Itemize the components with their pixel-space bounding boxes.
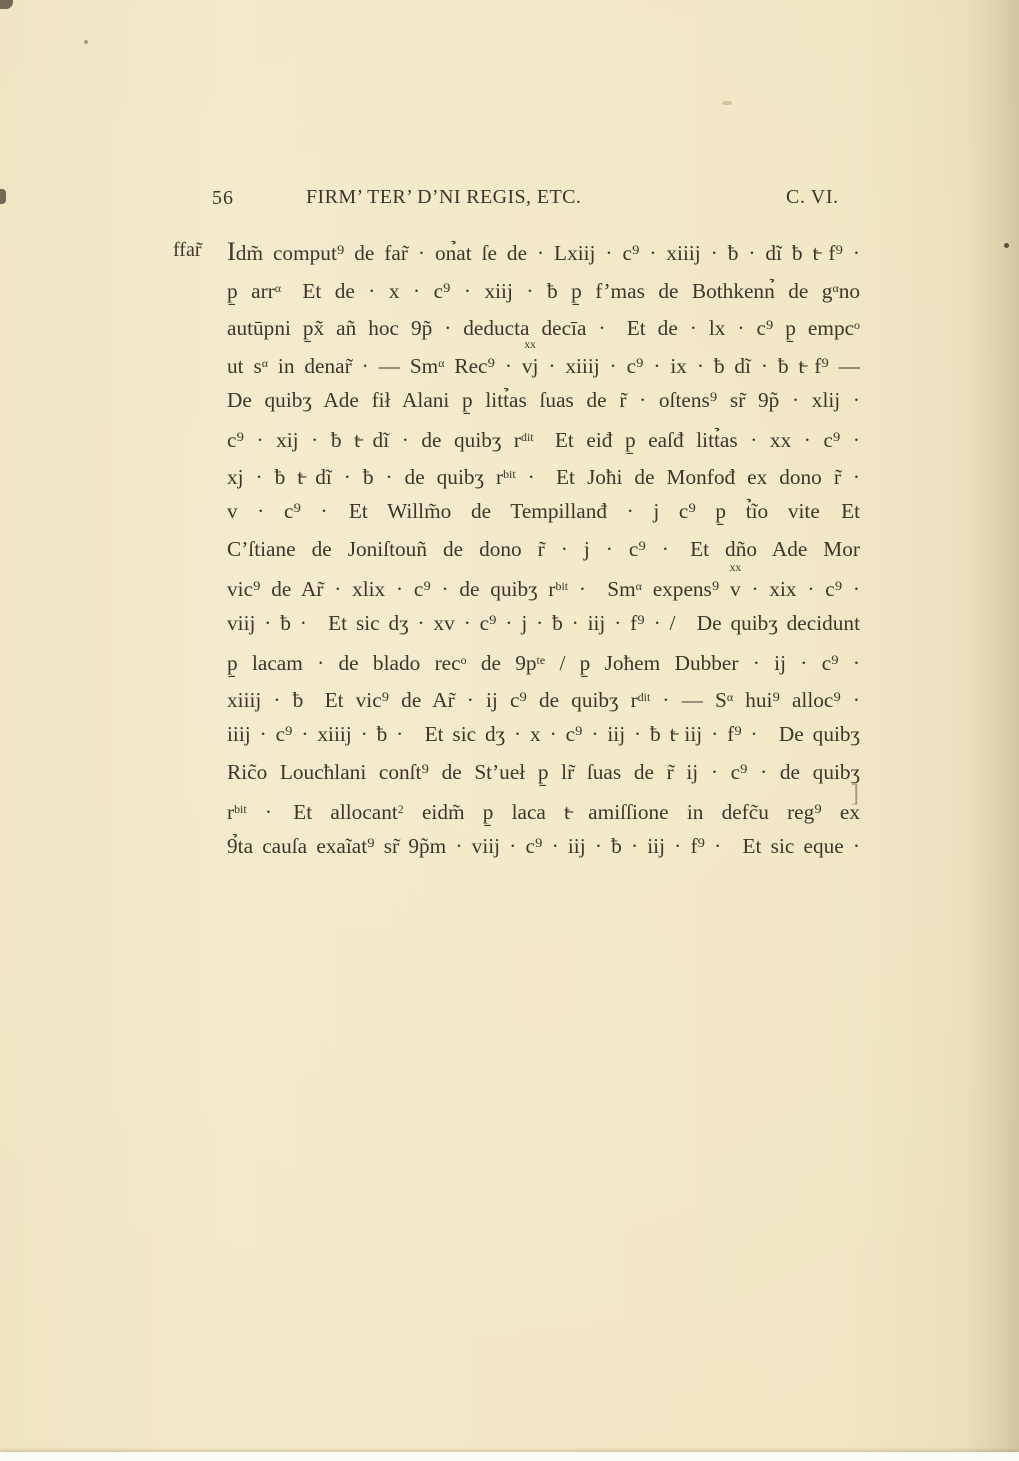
body-text: Idm̃ comput⁹ de far̃ · on̉at ſe de · Lxi… — [227, 233, 860, 865]
text-line: vic⁹ de Ar̃ · xlix · c⁹ · de quibʒ rbit … — [227, 568, 860, 605]
text-segment: in denar̃ · — Sm — [268, 354, 438, 378]
paper-speck — [722, 101, 732, 105]
text-segment: p̱ arr — [227, 279, 275, 303]
text-segment: · Et allocant — [247, 800, 398, 824]
scan-bottom-edge — [0, 1452, 1019, 1461]
text-line: C’ſtiane de Joniſtouñ de dono r̃ · j · c… — [227, 531, 860, 568]
text-segment: no — [839, 279, 860, 303]
abbreviation-superscript: bit — [234, 802, 247, 816]
page-number: 56 — [212, 187, 234, 210]
paper-speck — [84, 40, 88, 44]
text-segment: eidm̃ p̱ laca t̵ amiſſione in defc̃u reg… — [404, 800, 860, 824]
text-segment: Rec⁹ · — [444, 354, 521, 378]
text-line: 9̉ta cauſa exaĩat⁹ sr̃ 9p̃m · viij · c⁹ … — [227, 828, 860, 865]
abbreviation-superscript: o — [854, 318, 860, 332]
text-segment: · Sm — [568, 577, 636, 601]
text-line: v · c⁹ · Et Willm̃o de Tempillanđ · j c⁹… — [227, 493, 860, 530]
text-segment: autūpni p̱x̃ añ hoc 9p̃ · deducta decīa … — [227, 317, 854, 341]
text-segment: iiij · c⁹ · xiiij · ƀ · Et sic dʒ · x · … — [227, 722, 860, 746]
text-segment: expens⁹ — [642, 577, 730, 601]
text-segment: Et eiđ p̱ eaſđ litt̉as · xx · c⁹ · — [534, 428, 860, 452]
text-line: xiiij · ƀ Et vic⁹ de Ar̃ · ij c⁹ de quib… — [227, 679, 860, 716]
text-line: p̱ lacam · de blado reco de 9pte / p̱ Jo… — [227, 642, 860, 679]
text-line: rbit · Et allocant2 eidm̃ p̱ laca t̵ ami… — [227, 791, 860, 828]
text-line: p̱ arrα Et de · x · c⁹ · xiij · ƀ p̱ f’m… — [227, 270, 860, 307]
stray-bracket-mark: ] — [851, 781, 859, 808]
text-segment: hui⁹ alloc⁹ · — [733, 688, 860, 712]
text-segment: p̱ lacam · de blado rec — [227, 651, 461, 675]
abbreviation-superscript: bit — [555, 579, 568, 593]
abbreviation-superscript: te — [537, 653, 546, 667]
page-right-edge-shading — [965, 0, 1019, 1461]
text-line: iiij · c⁹ · xiiij · ƀ · Et sic dʒ · x · … — [227, 716, 860, 753]
paper-speck — [1004, 243, 1009, 248]
numeral-with-xx-above: xxv — [730, 571, 741, 608]
chapter-number: C. VI. — [786, 186, 839, 209]
text-segment: / p̱ Joħem Dubber · ij · c⁹ · — [545, 651, 860, 675]
text-segment: viij · ƀ · Et sic dʒ · xv · c⁹ · j · ƀ ·… — [227, 611, 860, 635]
text-segment: · xix · c⁹ · — [741, 577, 860, 601]
text-line: viij · ƀ · Et sic dʒ · xv · c⁹ · j · ƀ ·… — [227, 605, 860, 642]
text-segment: xiiij · ƀ Et vic⁹ de Ar̃ · ij c⁹ de quib… — [227, 688, 638, 712]
text-segment: de 9p — [467, 651, 537, 675]
abbreviation-superscript: I — [227, 236, 236, 266]
scanned-book-page: 56 FIRM’ TER’ D’NI REGIS, ETC. C. VI. ff… — [0, 0, 1019, 1461]
text-segment: · Et Joħi de Monfođ ex dono r̃ · — [516, 465, 860, 489]
scan-left-edge-artifact — [0, 189, 6, 204]
text-line: Idm̃ comput⁹ de far̃ · on̉at ſe de · Lxi… — [227, 233, 860, 270]
text-segment: De quibʒ Ade fił Alani p̱ litt̉as ſuas d… — [227, 388, 860, 412]
text-line: ut sα in denar̃ · — Smα Rec⁹ · xxvj · xi… — [227, 345, 860, 382]
text-segment: · — S — [650, 688, 727, 712]
text-segment: Ric̃o Loucħlani conſt⁹ de St’ueł p̱ lr̃ … — [227, 760, 860, 784]
margin-note: ffar̃ — [173, 239, 202, 262]
text-segment: · xiiij · c⁹ · ix · ƀ dĩ · ƀ t̵ f⁹ — — [538, 354, 860, 378]
running-title: FIRM’ TER’ D’NI REGIS, ETC. — [306, 186, 581, 209]
text-segment: C’ſtiane de Joniſtouñ de dono r̃ · j · c… — [227, 537, 860, 561]
abbreviation-superscript: bit — [503, 467, 516, 481]
abbreviation-superscript: dit — [521, 430, 534, 444]
text-line: autūpni p̱x̃ añ hoc 9p̃ · deducta decīa … — [227, 307, 860, 344]
text-line: xj · ƀ t̵ dĩ · ƀ · de quibʒ rbit · Et Jo… — [227, 456, 860, 493]
text-line: Ric̃o Loucħlani conſt⁹ de St’ueł p̱ lr̃ … — [227, 754, 860, 791]
text-segment: 9̉ta cauſa exaĩat⁹ sr̃ 9p̃m · viij · c⁹ … — [227, 834, 860, 858]
text-segment: v · c⁹ · Et Willm̃o de Tempillanđ · j c⁹… — [227, 499, 860, 523]
text-segment: vic⁹ de Ar̃ · xlix · c⁹ · de quibʒ r — [227, 577, 555, 601]
text-line: De quibʒ Ade fił Alani p̱ litt̉as ſuas d… — [227, 382, 860, 419]
text-segment: dm̃ comput⁹ de far̃ · on̉at ſe de · Lxii… — [236, 241, 860, 265]
text-line: c⁹ · xij · ƀ t̵ dĩ · de quibʒ rdit Et ei… — [227, 419, 860, 456]
scan-corner-artifact — [0, 0, 13, 9]
text-segment: Et de · x · c⁹ · xiij · ƀ p̱ f’mas de Bo… — [281, 279, 832, 303]
numeral-with-xx-above: xxvj — [522, 348, 539, 385]
abbreviation-superscript: dit — [638, 690, 651, 704]
text-segment: xj · ƀ t̵ dĩ · ƀ · de quibʒ r — [227, 465, 503, 489]
text-segment: ut s — [227, 354, 262, 378]
text-segment: c⁹ · xij · ƀ t̵ dĩ · de quibʒ r — [227, 428, 521, 452]
